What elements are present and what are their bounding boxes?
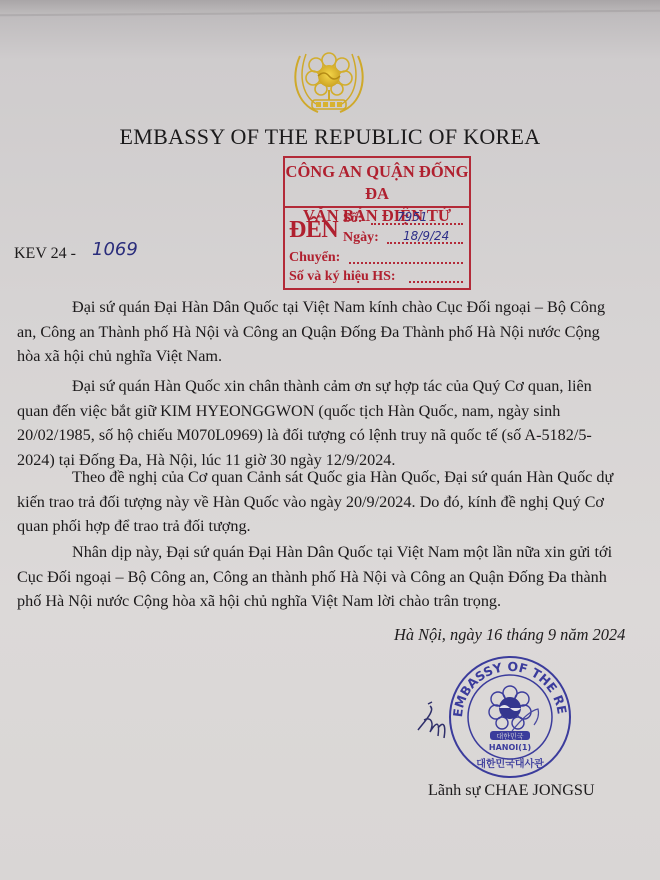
stamp-chuyen-dots [349, 250, 463, 264]
stamp-sokyhieu-dots [409, 269, 463, 283]
svg-text:HANOI(1): HANOI(1) [489, 743, 531, 752]
paragraph-3-text: Theo đề nghị của Cơ quan Cảnh sát Quốc g… [17, 468, 613, 535]
paragraph-3: Theo đề nghị của Cơ quan Cảnh sát Quốc g… [17, 465, 625, 539]
paragraph-2: Đại sứ quán Hàn Quốc xin chân thành cảm … [17, 374, 625, 472]
korea-government-emblem-icon [288, 38, 370, 118]
embassy-title: EMBASSY OF THE REPUBLIC OF KOREA [0, 124, 660, 150]
reference-prefix: KEV 24 - [14, 245, 76, 263]
stamp-so-value: 7951 [397, 210, 428, 224]
stamp-ngay-label: Ngày: [343, 230, 379, 246]
stamp-ngay-value: 18/9/24 [403, 229, 449, 243]
svg-text:대한민국대사관: 대한민국대사관 [476, 757, 544, 770]
paragraph-2-text: Đại sứ quán Hàn Quốc xin chân thành cảm … [17, 377, 592, 469]
stamp-header: CÔNG AN QUẬN ĐỐNG ĐA VĂN BẢN ĐIỆN TỬ [285, 158, 469, 208]
stamp-den-label: ĐẾN [289, 217, 338, 244]
receipt-stamp: CÔNG AN QUẬN ĐỐNG ĐA VĂN BẢN ĐIỆN TỬ ĐẾN… [283, 156, 471, 290]
stamp-sokyhieu-label: Số và ký hiệu HS: [289, 269, 396, 285]
stamp-body: ĐẾN Số: 7951 Ngày: 18/9/24 Chuyển: Số và… [285, 208, 469, 288]
stamp-so-label: Số: [343, 211, 362, 227]
paragraph-4-text: Nhân dịp này, Đại sứ quán Đại Hàn Dân Qu… [17, 543, 612, 610]
place-date: Hà Nội, ngày 16 tháng 9 năm 2024 [394, 625, 625, 645]
signature [410, 698, 470, 748]
paragraph-1: Đại sứ quán Đại Hàn Dân Quốc tại Việt Na… [17, 295, 625, 369]
stamp-line1: CÔNG AN QUẬN ĐỐNG ĐA [285, 161, 469, 205]
paragraph-4: Nhân dịp này, Đại sứ quán Đại Hàn Dân Qu… [17, 540, 625, 614]
reference-number: 1069 [92, 239, 138, 260]
signer-name: Lãnh sự CHAE JONGSU [428, 781, 595, 800]
paragraph-1-text: Đại sứ quán Đại Hàn Dân Quốc tại Việt Na… [17, 298, 605, 365]
svg-text:대한민국: 대한민국 [496, 732, 523, 741]
stamp-chuyen-label: Chuyển: [289, 250, 340, 266]
